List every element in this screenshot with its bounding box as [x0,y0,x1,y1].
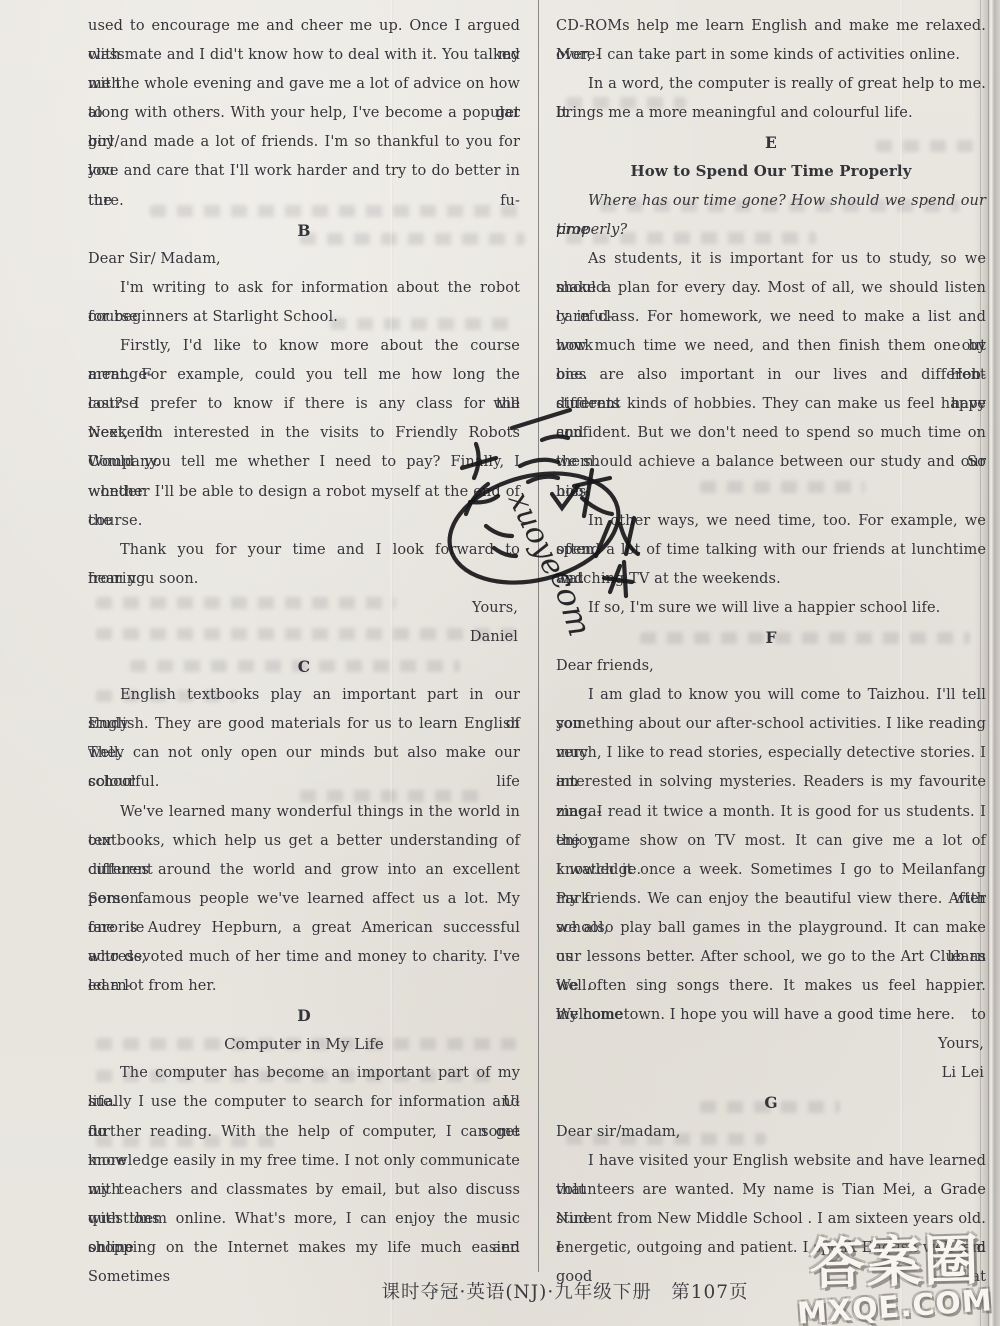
text-line: volunteers are wanted. My name is Tian M… [556,1176,986,1205]
text-line: I watch it once a week. Sometimes I go t… [556,856,986,885]
text-line: Computer in My Life [88,1030,520,1059]
text-line: with them online. What's more, I can enj… [88,1205,520,1234]
text-line: along with others. With your help, I've … [88,99,520,128]
text-line: CD-ROMs help me learn English and make m… [556,12,986,41]
section-heading: G [556,1088,986,1117]
text-line: Yours, [556,1030,986,1059]
section-heading: B [88,216,520,245]
text-line: They can not only open our minds but als… [88,739,520,768]
text-line: interested in solving mysteries. Readers… [556,768,986,797]
site-watermark: 答案圈 MXQE.COM [792,1233,998,1324]
text-line: As students, it is important for us to s… [556,245,986,274]
text-line: me the whole evening and gave me a lot o… [88,70,520,99]
text-line: ly in class. For homework, we need to ma… [556,303,986,332]
text-line: further reading. With the help of comput… [88,1118,520,1147]
text-line: girl and made a lot of friends. I'm so t… [88,128,520,157]
text-line: bies are also important in our lives and… [556,361,986,390]
text-line: used to encourage me and cheer me up. On… [88,12,520,41]
text-line: the game show on TV most. It can give me… [556,827,986,856]
text-line: classmate and I did't know how to deal w… [88,41,520,70]
text-line: ment. For example, could you tell me how… [88,361,520,390]
section-heading: E [556,128,986,157]
text-line: one is Audrey Hepburn, a great American … [88,914,520,943]
text-line: make a plan for every day. Most of all, … [556,274,986,303]
section-heading: D [88,1001,520,1030]
watermark-handwriting-text: xuoye [501,486,571,581]
text-line: Where has our time gone? How should we s… [556,187,986,216]
text-line: cultures around the world and grow into … [88,856,520,885]
text-line: zine. I read it twice a month. It is goo… [556,798,986,827]
text-line: we also play ball games in the playgroun… [556,914,986,943]
text-line: my hometown. I hope you will have a good… [556,1001,986,1030]
text-line: Firstly, I'd like to know more about the… [88,332,520,361]
text-line: Li Lei [556,1059,986,1088]
text-line: I have visited your English website and … [556,1147,986,1176]
text-line: I'm writing to ask for information about… [88,274,520,303]
watermark-handwriting-text: com [542,565,599,641]
text-line: how much time we need, and then finish t… [556,332,986,361]
text-line: something about our after-school activit… [556,710,986,739]
text-line: English textbooks play an important part… [88,681,520,710]
text-line: properly? [556,216,986,245]
text-line: my friends. We can enjoy the beautiful v… [556,885,986,914]
text-line: over, I can take part in some kinds of a… [556,41,986,70]
text-line: my teachers and classmates by email, but… [88,1176,520,1205]
text-line: We often sing songs there. It makes us f… [556,972,986,1001]
scanned-workbook-page: used to encourage me and cheer me up. On… [0,0,1000,1326]
text-line: ed a lot from her. [88,972,520,1001]
text-line: our lessons better. After school, we go … [556,943,986,972]
text-line: sually I use the computer to search for … [88,1088,520,1117]
text-line: brings me a more meaningful and colourfu… [556,99,986,128]
text-line: love and care that I'll work harder and … [88,157,520,186]
text-line: much, I like to read stories, especially… [556,739,986,768]
text-line: for beginners at Starlight School. [88,303,520,332]
text-line: English. They are good materials for us … [88,710,520,739]
text-line: Some famous people we've learned affect … [88,885,520,914]
text-line: We've learned many wonderful things in t… [88,798,520,827]
text-line: How to Spend Our Time Properly [556,157,986,186]
text-line: Dear Sir/ Madam, [88,245,520,274]
text-line: Dear sir/madam, [556,1118,986,1147]
text-line: shopping on the Internet makes my life m… [88,1234,520,1263]
handwritten-watermark-circle: xuoye com [424,406,664,658]
text-line: who devoted much of her time and money t… [88,943,520,972]
text-line: In a word, the computer is really of gre… [556,70,986,99]
text-line: knowledge easily in my free time. I not … [88,1147,520,1176]
text-line: textbooks, which help us get a better un… [88,827,520,856]
text-line: The computer has become an important par… [88,1059,520,1088]
text-line: I am glad to know you will come to Taizh… [556,681,986,710]
